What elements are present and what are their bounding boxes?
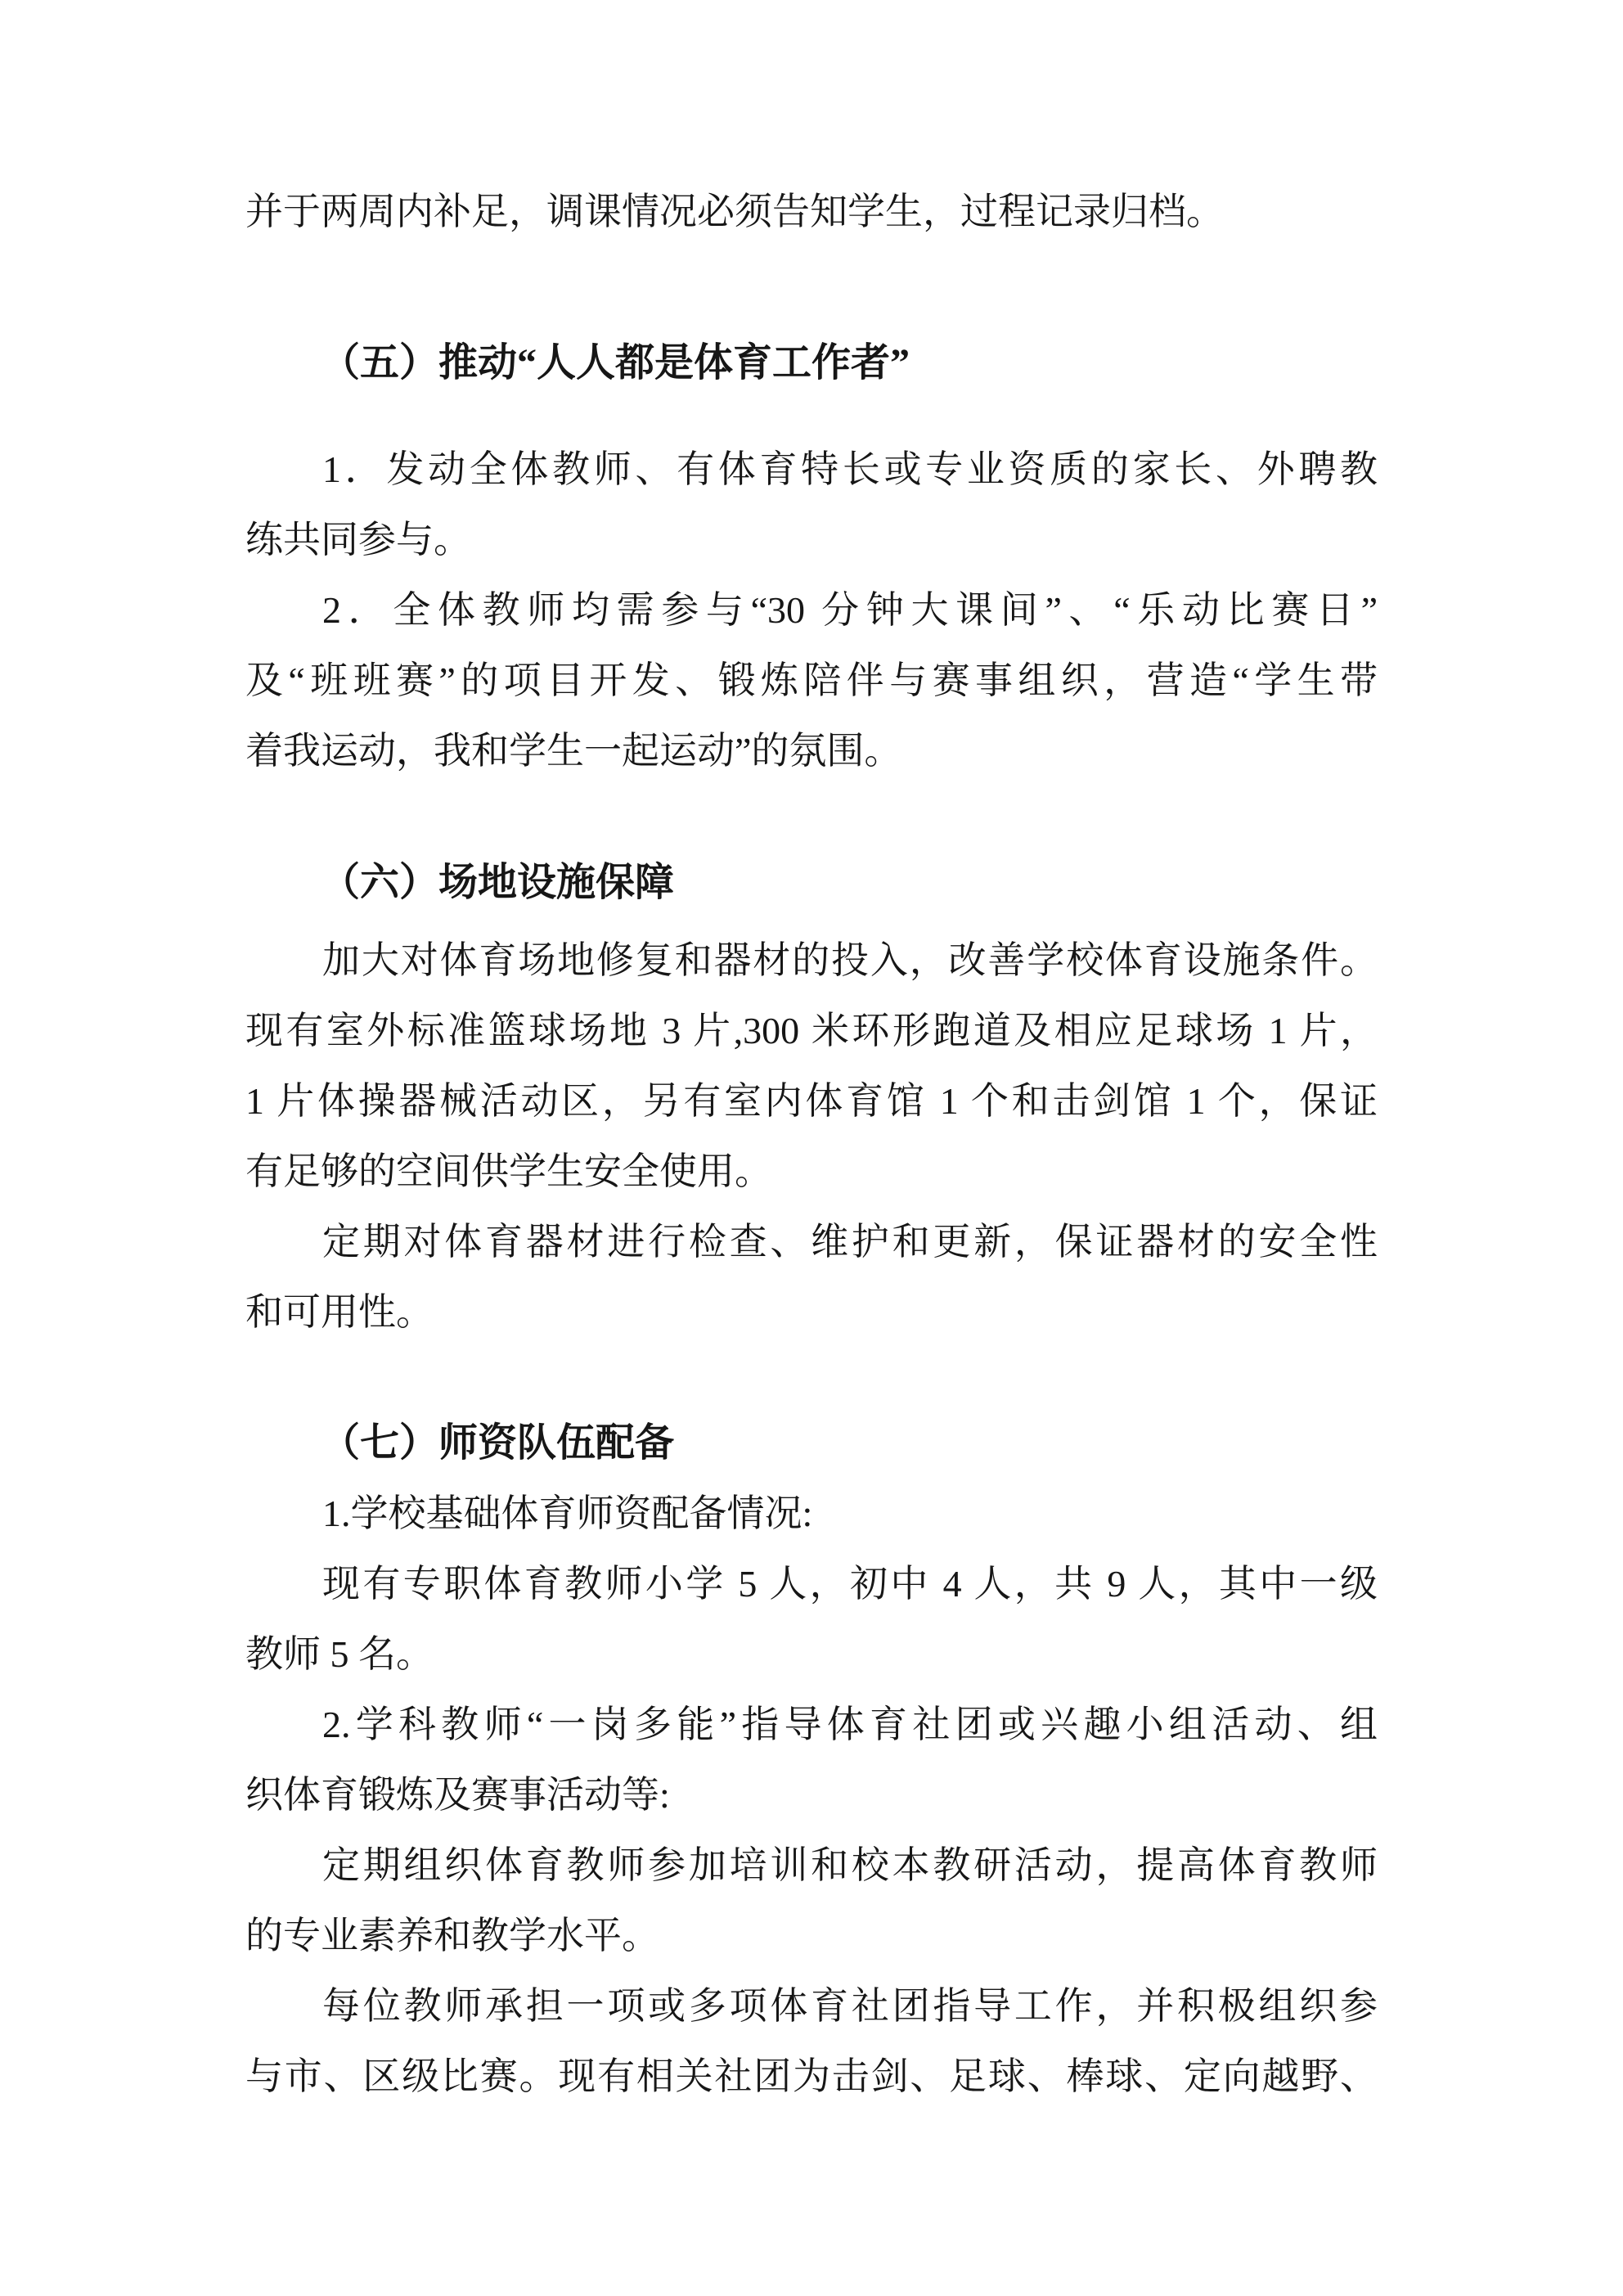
- text-line: 1．发动全体教师、有体育特长或专业资质的家长、外聘教: [245, 434, 1378, 505]
- text-line: 2．全体教师均需参与“30 分钟大课间”、“乐动比赛日”: [245, 575, 1378, 646]
- section-heading-6: （六）场地设施保障: [245, 848, 1378, 918]
- text-line: 1.学校基础体育师资配备情况:: [245, 1479, 1378, 1549]
- document-page: 并于两周内补足，调课情况必须告知学生，过程记录归档。 （五）推动“人人都是体育工…: [0, 0, 1623, 2296]
- text-line: 着我运动，我和学生一起运动”的氛围。: [245, 716, 1378, 786]
- text-line: 定期对体育器材进行检查、维护和更新，保证器材的安全性: [245, 1207, 1378, 1277]
- text-line: 和可用性。: [245, 1277, 1378, 1348]
- text-line: 加大对体育场地修复和器材的投入，改善学校体育设施条件。: [245, 925, 1378, 996]
- paragraph-s5-item2: 2．全体教师均需参与“30 分钟大课间”、“乐动比赛日” 及“班班赛”的项目开发…: [245, 575, 1378, 786]
- text-line: 现有室外标准篮球场地 3 片,300 米环形跑道及相应足球场 1 片，: [245, 996, 1378, 1066]
- text-line: 有足够的空间供学生安全使用。: [245, 1137, 1378, 1207]
- text-line: 与市、区级比赛。现有相关社团为击剑、足球、棒球、定向越野、: [245, 2042, 1378, 2112]
- text-line: 并于两周内补足，调课情况必须告知学生，过程记录归档。: [245, 177, 1378, 247]
- text-line: 练共同参与。: [245, 505, 1378, 575]
- text-line: 织体育锻炼及赛事活动等:: [245, 1760, 1378, 1830]
- paragraph-s6-p1: 加大对体育场地修复和器材的投入，改善学校体育设施条件。 现有室外标准篮球场地 3…: [245, 925, 1378, 1207]
- text-line: 的专业素养和教学水平。: [245, 1901, 1378, 1971]
- section-heading-7: （七）师资队伍配备: [245, 1408, 1378, 1479]
- text-line: 定期组织体育教师参加培训和校本教研活动，提高体育教师: [245, 1830, 1378, 1901]
- section-heading-5: （五）推动“人人都是体育工作者”: [245, 328, 1378, 398]
- paragraph-s7-p4: 定期组织体育教师参加培训和校本教研活动，提高体育教师 的专业素养和教学水平。: [245, 1830, 1378, 1971]
- page-content: 并于两周内补足，调课情况必须告知学生，过程记录归档。 （五）推动“人人都是体育工…: [0, 0, 1623, 2296]
- paragraph-intro-continuation: 并于两周内补足，调课情况必须告知学生，过程记录归档。: [245, 177, 1378, 247]
- text-line: 教师 5 名。: [245, 1619, 1378, 1690]
- text-line: 1 片体操器械活动区，另有室内体育馆 1 个和击剑馆 1 个，保证: [245, 1066, 1378, 1137]
- text-line: 现有专职体育教师小学 5 人，初中 4 人，共 9 人，其中一级: [245, 1549, 1378, 1619]
- text-line: 及“班班赛”的项目开发、锻炼陪伴与赛事组织，营造“学生带: [245, 646, 1378, 716]
- paragraph-s7-p5: 每位教师承担一项或多项体育社团指导工作，并积极组织参 与市、区级比赛。现有相关社…: [245, 1971, 1378, 2112]
- text-line: 每位教师承担一项或多项体育社团指导工作，并积极组织参: [245, 1971, 1378, 2042]
- paragraph-s6-p2: 定期对体育器材进行检查、维护和更新，保证器材的安全性 和可用性。: [245, 1207, 1378, 1348]
- paragraph-s5-item1: 1．发动全体教师、有体育特长或专业资质的家长、外聘教 练共同参与。: [245, 434, 1378, 575]
- text-line: 2.学科教师“一岗多能”指导体育社团或兴趣小组活动、组: [245, 1690, 1378, 1760]
- paragraph-s7-p2: 现有专职体育教师小学 5 人，初中 4 人，共 9 人，其中一级 教师 5 名。: [245, 1549, 1378, 1690]
- paragraph-s7-p3: 2.学科教师“一岗多能”指导体育社团或兴趣小组活动、组 织体育锻炼及赛事活动等:: [245, 1690, 1378, 1830]
- paragraph-s7-p1: 1.学校基础体育师资配备情况:: [245, 1479, 1378, 1549]
